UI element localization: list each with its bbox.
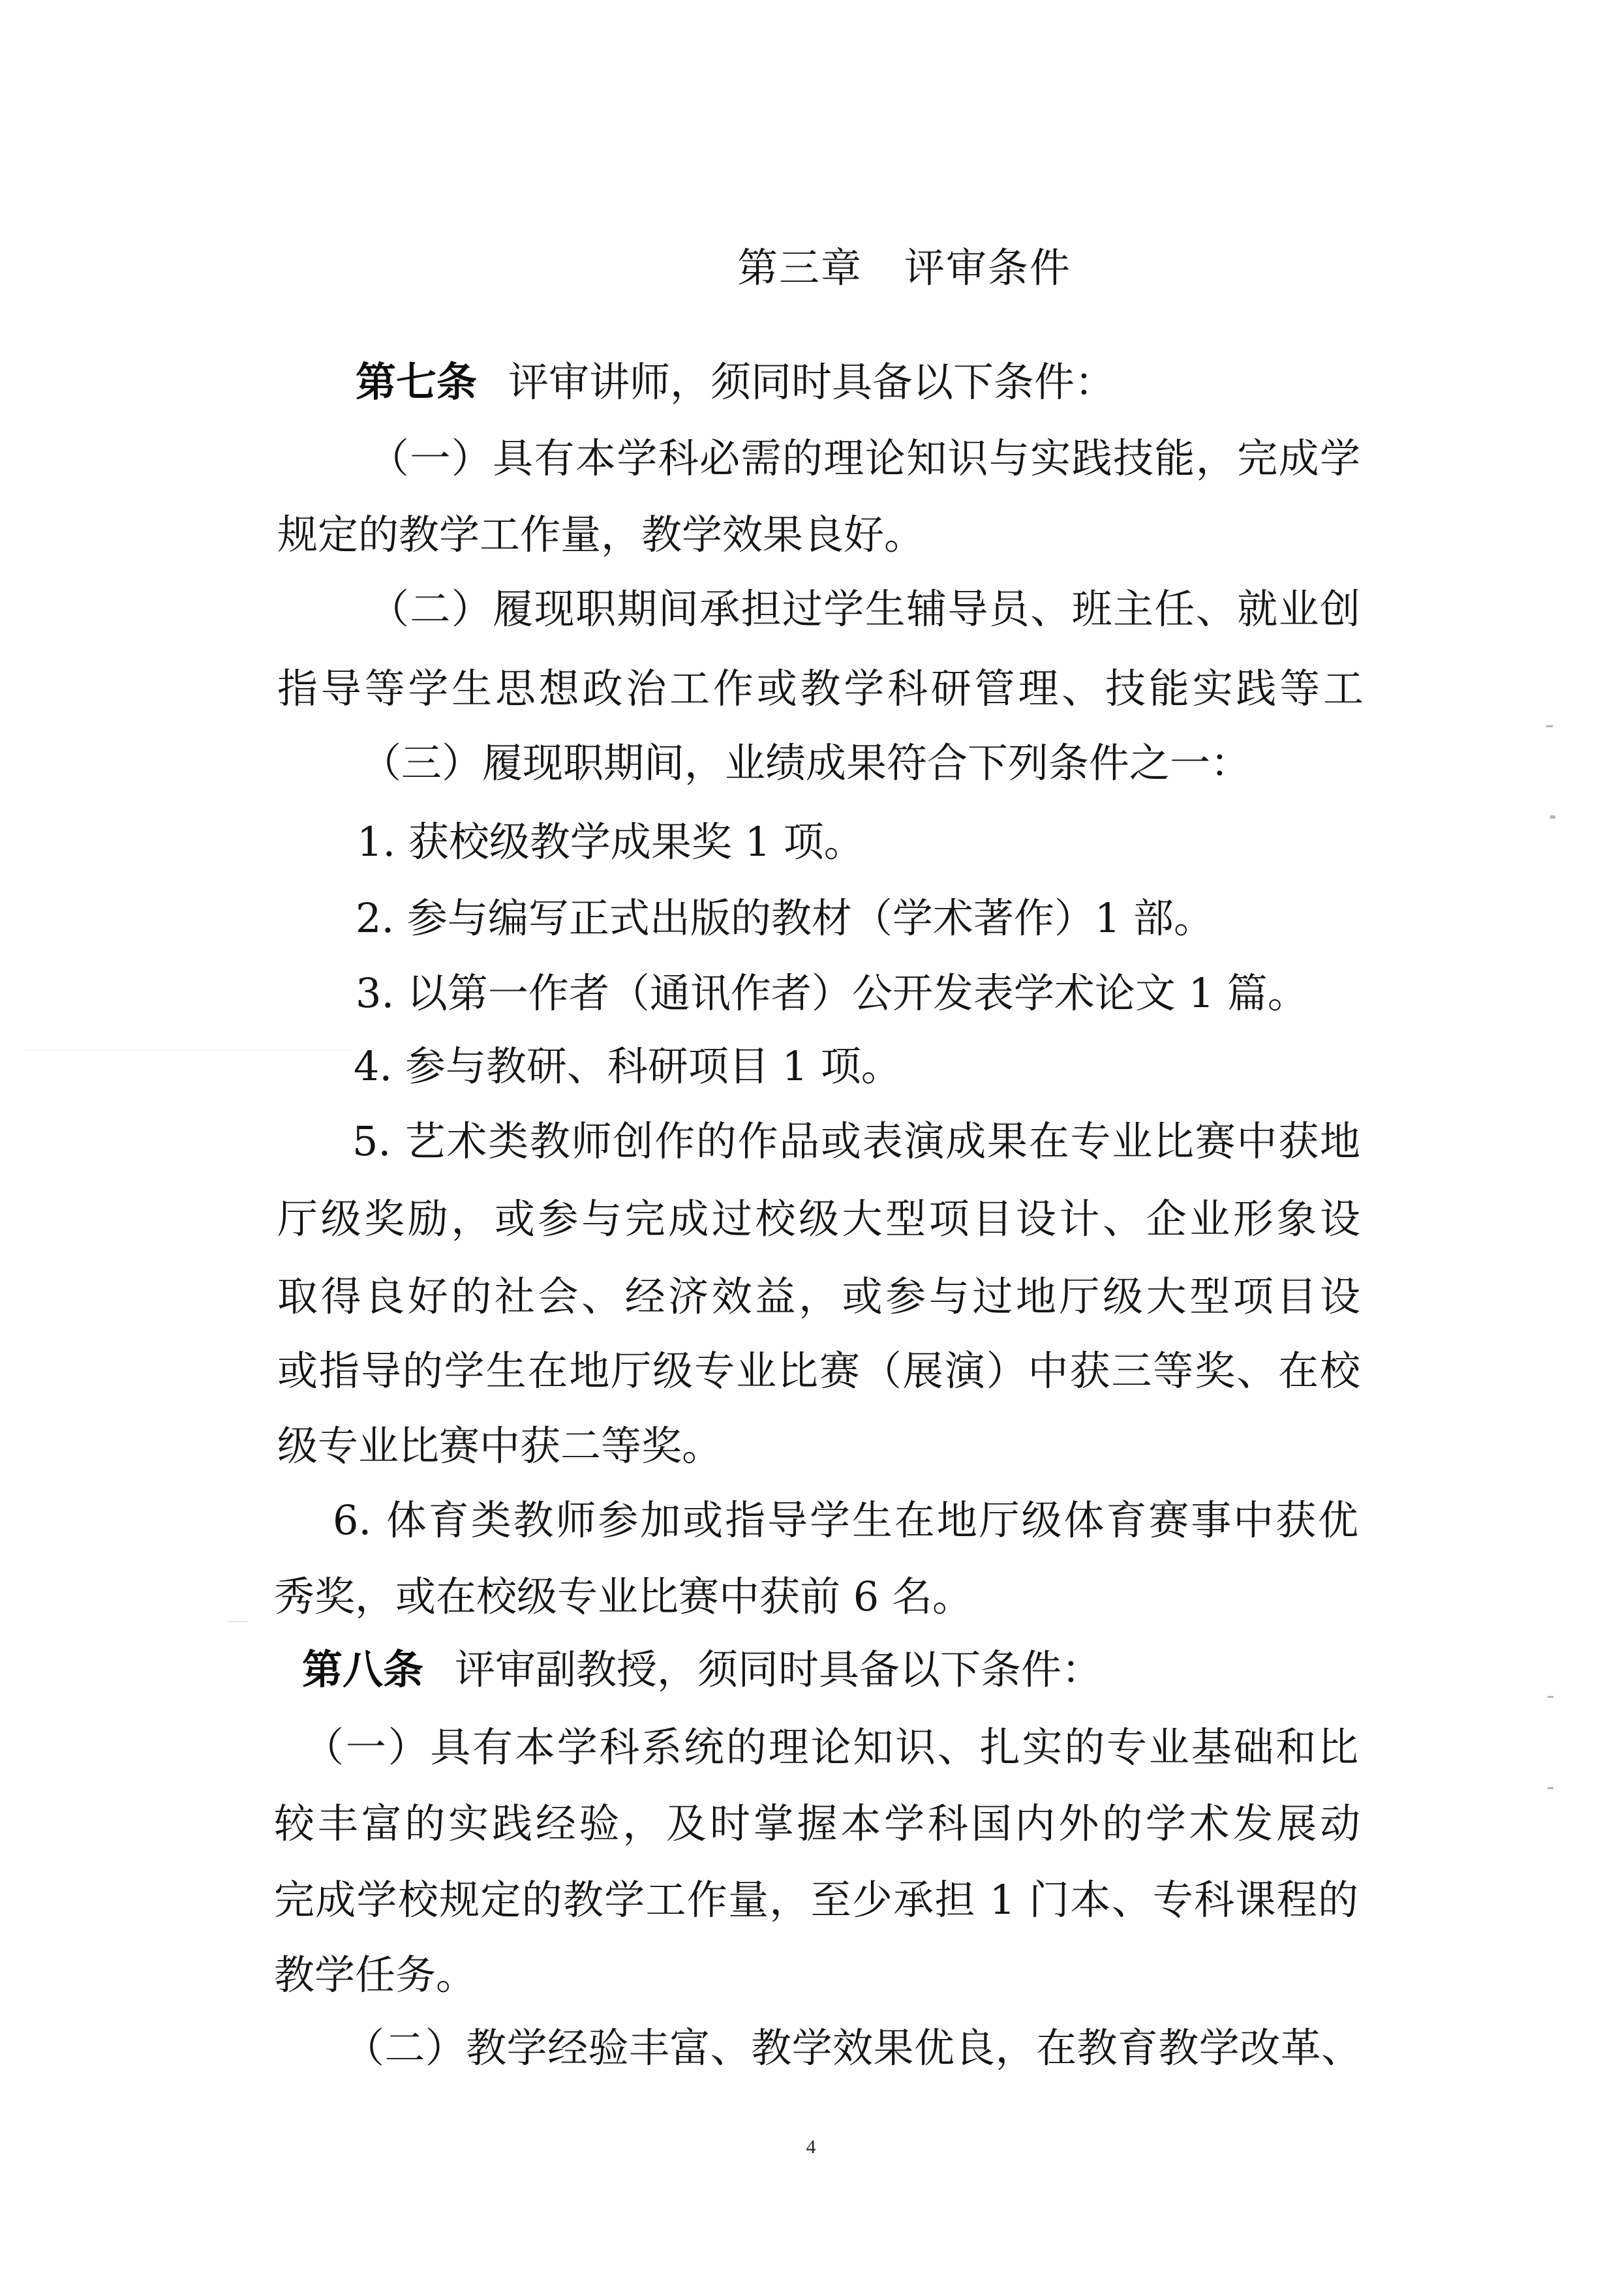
- document-page: 第三章 评审条件 第七条评审讲师，须同时具备以下条件： （一）具有本学科必需的理…: [0, 0, 1618, 2296]
- paragraph-line: 较丰富的实践经验，及时掌握本学科国内外的学术发展动态；: [274, 1798, 1360, 1850]
- list-item: 4. 参与教研、科研项目 1 项。: [354, 1040, 902, 1093]
- article-8-heading-line: 第八条评审副教授，须同时具备以下条件：: [302, 1644, 1102, 1696]
- paragraph-line: 厅级奖励，或参与完成过校级大型项目设计、企业形象设计，: [277, 1193, 1360, 1245]
- paragraph-line: 完成学校规定的教学工作量，至少承担 1 门本、专科课程的: [274, 1874, 1358, 1926]
- scan-speck: [26, 1050, 352, 1051]
- list-item: 1. 获校级教学成果奖 1 项。: [357, 816, 864, 868]
- page-number: 4: [801, 2134, 821, 2160]
- paragraph-line: （三）履现职期间，业绩成果符合下列条件之一：: [361, 737, 1251, 789]
- paragraph-line: （二）履现职期间承担过学生辅导员、班主任、就业创业: [369, 583, 1360, 635]
- article-8-heading: 评审副教授，须同时具备以下条件：: [455, 1646, 1102, 1693]
- scan-speck: [1546, 725, 1553, 727]
- paragraph-line: （一）具有本学科必需的理论知识与实践技能，完成学校: [369, 432, 1360, 485]
- list-item: 2. 参与编写正式出版的教材（学术著作）1 部。: [356, 892, 1214, 944]
- paragraph-line: （二）教学经验丰富、教学效果优良，在教育教学改革、: [344, 2022, 1362, 2074]
- list-item: 3. 以第一作者（通讯作者）公开发表学术论文 1 篇。: [356, 967, 1308, 1020]
- scan-speck: [1548, 1787, 1553, 1789]
- paragraph-line: 或指导的学生在地厅级专业比赛（展演）中获三等奖、在校: [277, 1345, 1360, 1397]
- scan-speck: [1550, 815, 1555, 819]
- chapter-title: 第三章 评审条件: [737, 242, 1070, 294]
- scan-speck: [228, 1621, 248, 1622]
- article-8-label: 第八条: [302, 1646, 423, 1693]
- paragraph-line: （一）具有本学科系统的理论知识、扎实的专业基础和比: [303, 1721, 1358, 1774]
- paragraph-line: 规定的教学工作量，教学效果良好。: [277, 509, 924, 561]
- paragraph-line: 取得良好的社会、经济效益，或参与过地厅级大型项目设计，: [277, 1271, 1360, 1323]
- article-7-heading-line: 第七条评审讲师，须同时具备以下条件：: [356, 356, 1115, 408]
- article-7-label: 第七条: [356, 358, 477, 406]
- paragraph-line: 指导等学生思想政治工作或教学科研管理、技能实践等工作。: [277, 663, 1364, 715]
- paragraph-line: 教学任务。: [274, 1949, 476, 2001]
- article-7-heading: 评审讲师，须同时具备以下条件：: [508, 358, 1115, 406]
- paragraph-line: 级专业比赛中获二等奖。: [277, 1420, 722, 1472]
- list-item: 6. 体育类教师参加或指导学生在地厅级体育赛事中获优: [333, 1494, 1358, 1547]
- list-item: 5. 艺术类教师创作的作品或表演成果在专业比赛中获地: [352, 1115, 1360, 1168]
- paragraph-line: 秀奖，或在校级专业比赛中获前 6 名。: [274, 1571, 973, 1623]
- scan-speck: [1548, 1696, 1553, 1698]
